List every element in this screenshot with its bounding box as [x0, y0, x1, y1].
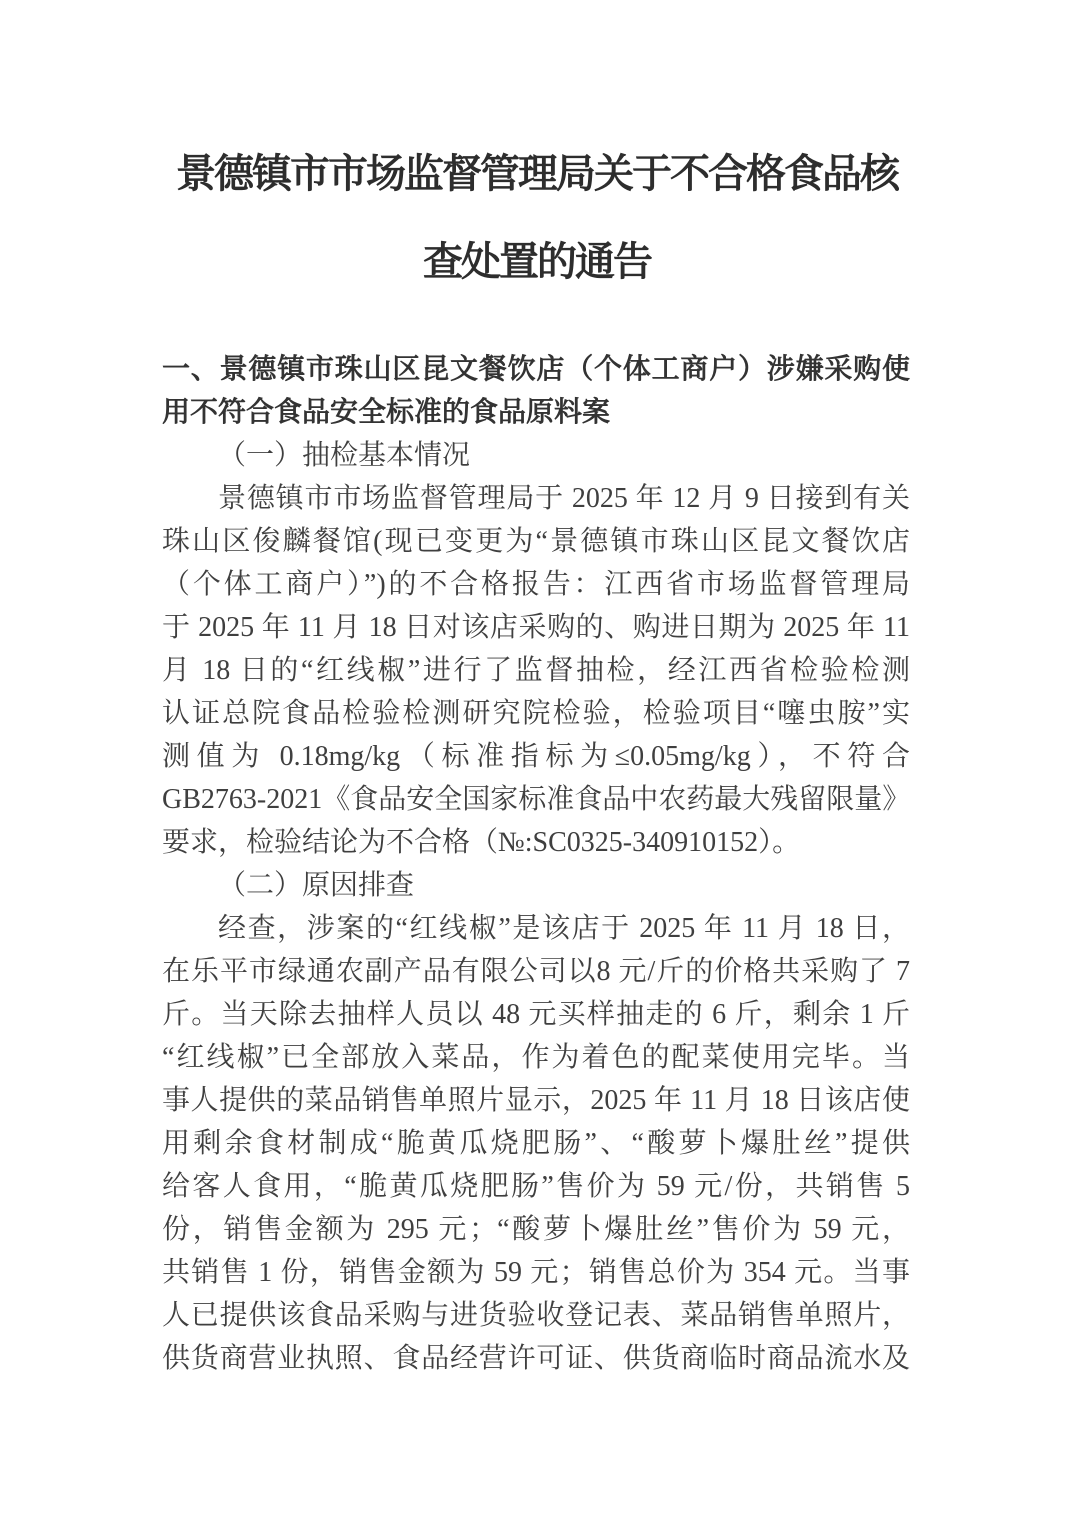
document-title: 景德镇市市场监督管理局关于不合格食品核 查处置的通告	[0, 0, 1074, 306]
body-line: （个体工商户）”)的不合格报告：江西省市场监督管理局	[162, 563, 910, 606]
document-title-line-1: 景德镇市市场监督管理局关于不合格食品核	[0, 130, 1074, 218]
body-line: “红线椒”已全部放入菜品，作为着色的配菜使用完毕。当	[162, 1036, 910, 1079]
body-line: 人已提供该食品采购与进货验收登记表、菜品销售单照片，	[162, 1294, 910, 1337]
body-line: 斤。当天除去抽样人员以 48 元买样抽走的 6 斤，剩余 1 斤	[162, 993, 910, 1036]
body-line: 在乐平市绿通农副产品有限公司以8 元/斤的价格共采购了 7	[162, 950, 910, 993]
body-line: 事人提供的菜品销售单照片显示，2025 年 11 月 18 日该店使	[162, 1079, 910, 1122]
body-line: 用剩余食材制成“脆黄瓜烧肥肠”、“酸萝卜爆肚丝”提供	[162, 1122, 910, 1165]
subsection-1-2-heading: （二）原因排查	[162, 864, 910, 907]
section-1-heading-line-1: 一、景德镇市珠山区昆文餐饮店（个体工商户）涉嫌采购使	[162, 348, 910, 391]
document-title-line-2: 查处置的通告	[0, 218, 1074, 306]
document-body: 一、景德镇市珠山区昆文餐饮店（个体工商户）涉嫌采购使用不符合食品安全标准的食品原…	[162, 348, 910, 1380]
body-line: 珠山区俊麟餐馆(现已变更为“景德镇市珠山区昆文餐饮店	[162, 520, 910, 563]
body-line: GB2763-2021《食品安全国家标准食品中农药最大残留限量》	[162, 778, 910, 821]
body-line: 景德镇市市场监督管理局于 2025 年 12 月 9 日接到有关	[162, 477, 910, 520]
body-line: 要求，检验结论为不合格（№:SC0325-340910152）。	[162, 821, 910, 864]
body-line: 份，销售金额为 295 元；“酸萝卜爆肚丝”售价为 59 元，	[162, 1208, 910, 1251]
subsection-1-1-heading: （一）抽检基本情况	[162, 434, 910, 477]
section-1-heading-line-2: 用不符合食品安全标准的食品原料案	[162, 391, 910, 434]
body-line: 认证总院食品检验检测研究院检验，检验项目“噻虫胺”实	[162, 692, 910, 735]
body-line: 经查，涉案的“红线椒”是该店于 2025 年 11 月 18 日，	[162, 907, 910, 950]
body-line: 测值为 0.18mg/kg（标准指标为≤0.05mg/kg），不符合	[162, 735, 910, 778]
body-line: 共销售 1 份，销售金额为 59 元；销售总价为 354 元。当事	[162, 1251, 910, 1294]
body-line: 于 2025 年 11 月 18 日对该店采购的、购进日期为 2025 年 11	[162, 606, 910, 649]
notice-page: 景德镇市市场监督管理局关于不合格食品核 查处置的通告 一、景德镇市珠山区昆文餐饮…	[0, 0, 1074, 1520]
body-line: 月 18 日的“红线椒”进行了监督抽检，经江西省检验检测	[162, 649, 910, 692]
body-line: 给客人食用，“脆黄瓜烧肥肠”售价为 59 元/份，共销售 5	[162, 1165, 910, 1208]
body-line: 供货商营业执照、食品经营许可证、供货商临时商品流水及	[162, 1337, 910, 1380]
